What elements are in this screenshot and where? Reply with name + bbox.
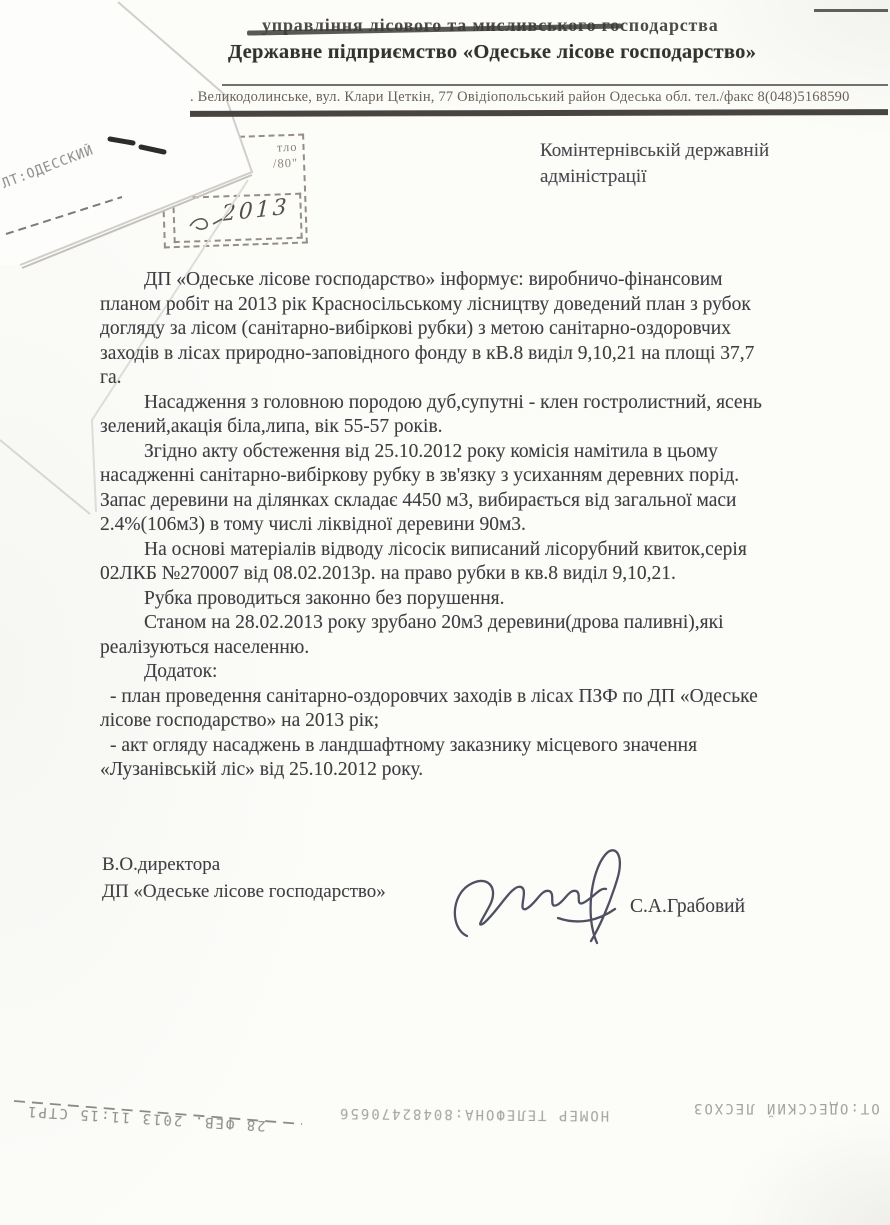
attachment-item-2: - акт огляду насаджень в ландшафтному за… — [100, 734, 875, 783]
recipient-block: Комінтернівській державній адміністрації — [540, 138, 820, 189]
fax-footer-timestamp: 28 ФЕВ. 2013 11:15 СТР1 — [26, 1103, 266, 1134]
signatory-name: С.А.Грабовий — [630, 896, 745, 918]
body-paragraph-4: На основі матеріалів відводу лісосік вип… — [100, 538, 875, 587]
stamp-fragment-top: тло — [277, 140, 298, 156]
letterhead-divider-thick — [190, 109, 888, 117]
fax-footer-sender: ОТ:ОДЕССКИЙ ЛЕСХОЗ — [692, 1100, 880, 1116]
stamp-fragment-mid: /80" — [273, 156, 299, 172]
body-paragraph-5: Рубка проводиться законно без порушення. — [100, 587, 875, 612]
attachment-item-1: - план проведення санітарно-оздоровчих з… — [100, 685, 875, 734]
letterhead-address: . Великодолинське, вул. Клари Цеткін, 77… — [190, 89, 890, 106]
letterhead-top-right-line — [814, 9, 888, 12]
letter-body: ДП «Одеське лісове господарство» інформу… — [100, 268, 875, 783]
stamp-handwritten-year: 2013 — [221, 195, 290, 227]
body-paragraph-1: ДП «Одеське лісове господарство» інформу… — [100, 268, 875, 391]
fax-footer-phone: НОМЕР ТЕЛЕФОНА:80482470656 — [338, 1105, 609, 1123]
body-paragraph-attachments-heading: Додаток: — [100, 660, 875, 685]
body-paragraph-2: Насадження з головною породою дуб,супутн… — [100, 391, 875, 440]
body-paragraph-6: Станом на 28.02.2013 року зрубано 20м3 д… — [100, 611, 875, 660]
letterhead-company: Державне підприємство «Одеське лісове го… — [228, 41, 878, 64]
signature-stroke — [455, 850, 620, 943]
paper-fold-line-2 — [0, 440, 90, 514]
scanned-letter-page: тло /80" 2013 ЛТ:ОДЕССКИЙ управління ліс… — [0, 0, 890, 1225]
signatory-position: В.О.директора ДП «Одеське лісове господа… — [102, 852, 386, 905]
body-paragraph-3: Згідно акту обстеження від 25.10.2012 ро… — [100, 440, 875, 538]
stamp-date-box: 2013 — [172, 193, 303, 243]
letterhead-divider-thin — [222, 84, 888, 86]
